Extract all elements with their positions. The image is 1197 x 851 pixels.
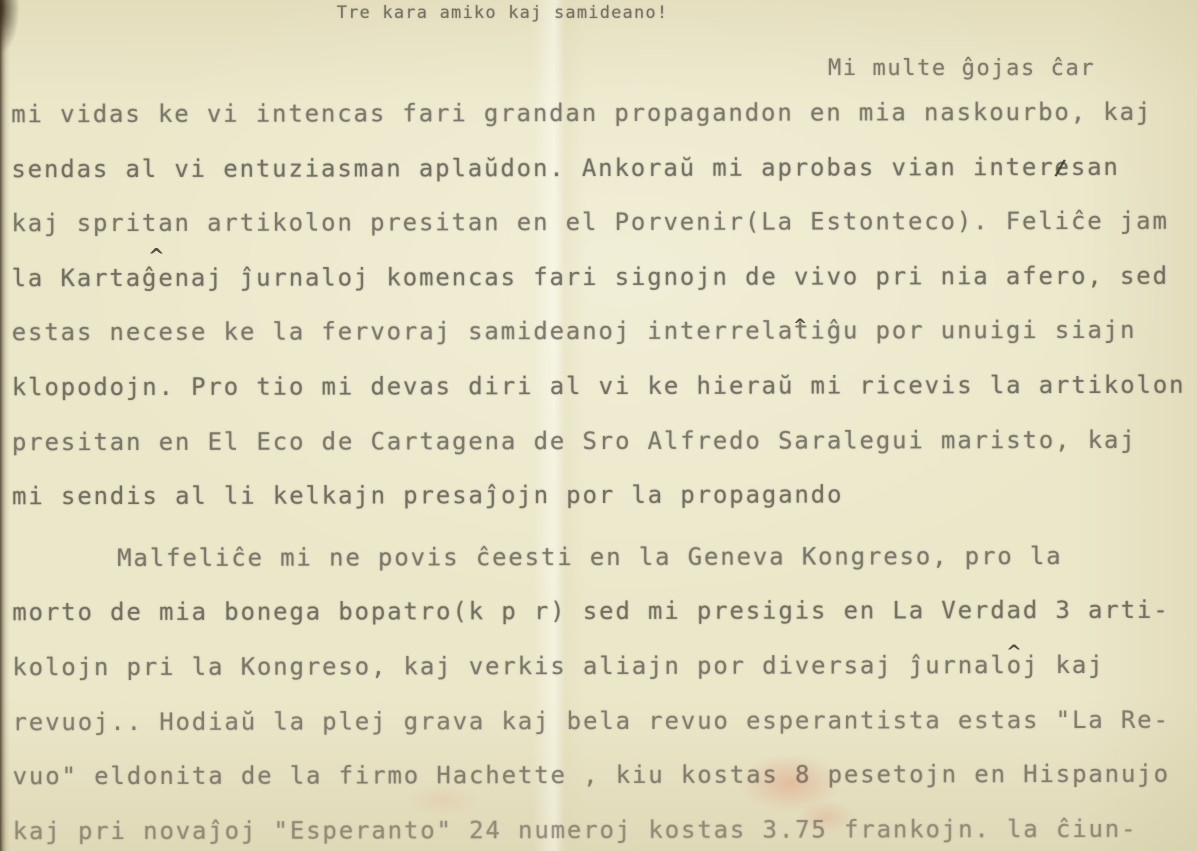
- handwritten-caret-mark: ^: [793, 316, 807, 336]
- letter-line: Malfeliĉe mi ne povis ĉeesti en la Genev…: [12, 529, 1197, 586]
- letter-line: morto de mia bonega bopatro(k p r) sed m…: [12, 583, 1197, 640]
- letter-opening-phrase: Mi multe ĝojas ĉar: [828, 56, 1095, 81]
- letter-line: estas necese ke la fervoraj samideanoj i…: [12, 303, 1197, 360]
- letter-paragraph-2: Malfeliĉe mi ne povis ĉeesti en la Genev…: [12, 529, 1197, 851]
- handwritten-caret-mark: ^: [1006, 641, 1022, 663]
- letter-line: klopodojn. Pro tio mi devas diri al vi k…: [12, 358, 1197, 415]
- handwritten-caret-mark: ^: [148, 244, 165, 268]
- letter-line: mi sendis al li kelkajn presaĵojn por la…: [12, 467, 1197, 524]
- letter-body: mi vidas ke vi intencas fari grandan pro…: [11, 85, 1197, 851]
- scanned-letter-page: Tre kara amiko kaj samideano! Mi multe ĝ…: [0, 0, 1197, 851]
- letter-paragraph-1: mi vidas ke vi intencas fari grandan pro…: [11, 85, 1197, 524]
- letter-salutation: Tre kara amiko kaj samideano!: [0, 3, 1101, 23]
- letter-line: revuoj.. Hodiaŭ la plej grava kaj bela r…: [12, 692, 1197, 749]
- letter-line: kaj spritan artikolon presitan en el Por…: [11, 194, 1196, 251]
- letter-line: vuo" eldonita de la firmo Hachette , kiu…: [13, 747, 1197, 804]
- letter-line: sendas al vi entuziasman aplaŭdon. Ankor…: [11, 139, 1196, 196]
- letter-line: mi vidas ke vi intencas fari grandan pro…: [11, 85, 1196, 142]
- letter-line: la Kartaĝenaj ĵurnaloj komencas fari sig…: [12, 249, 1197, 306]
- letter-line: presitan en El Eco de Cartagena de Sro A…: [12, 412, 1197, 469]
- letter-line: kaj pri novaĵoj "Esperanto" 24 numeroj k…: [13, 801, 1197, 851]
